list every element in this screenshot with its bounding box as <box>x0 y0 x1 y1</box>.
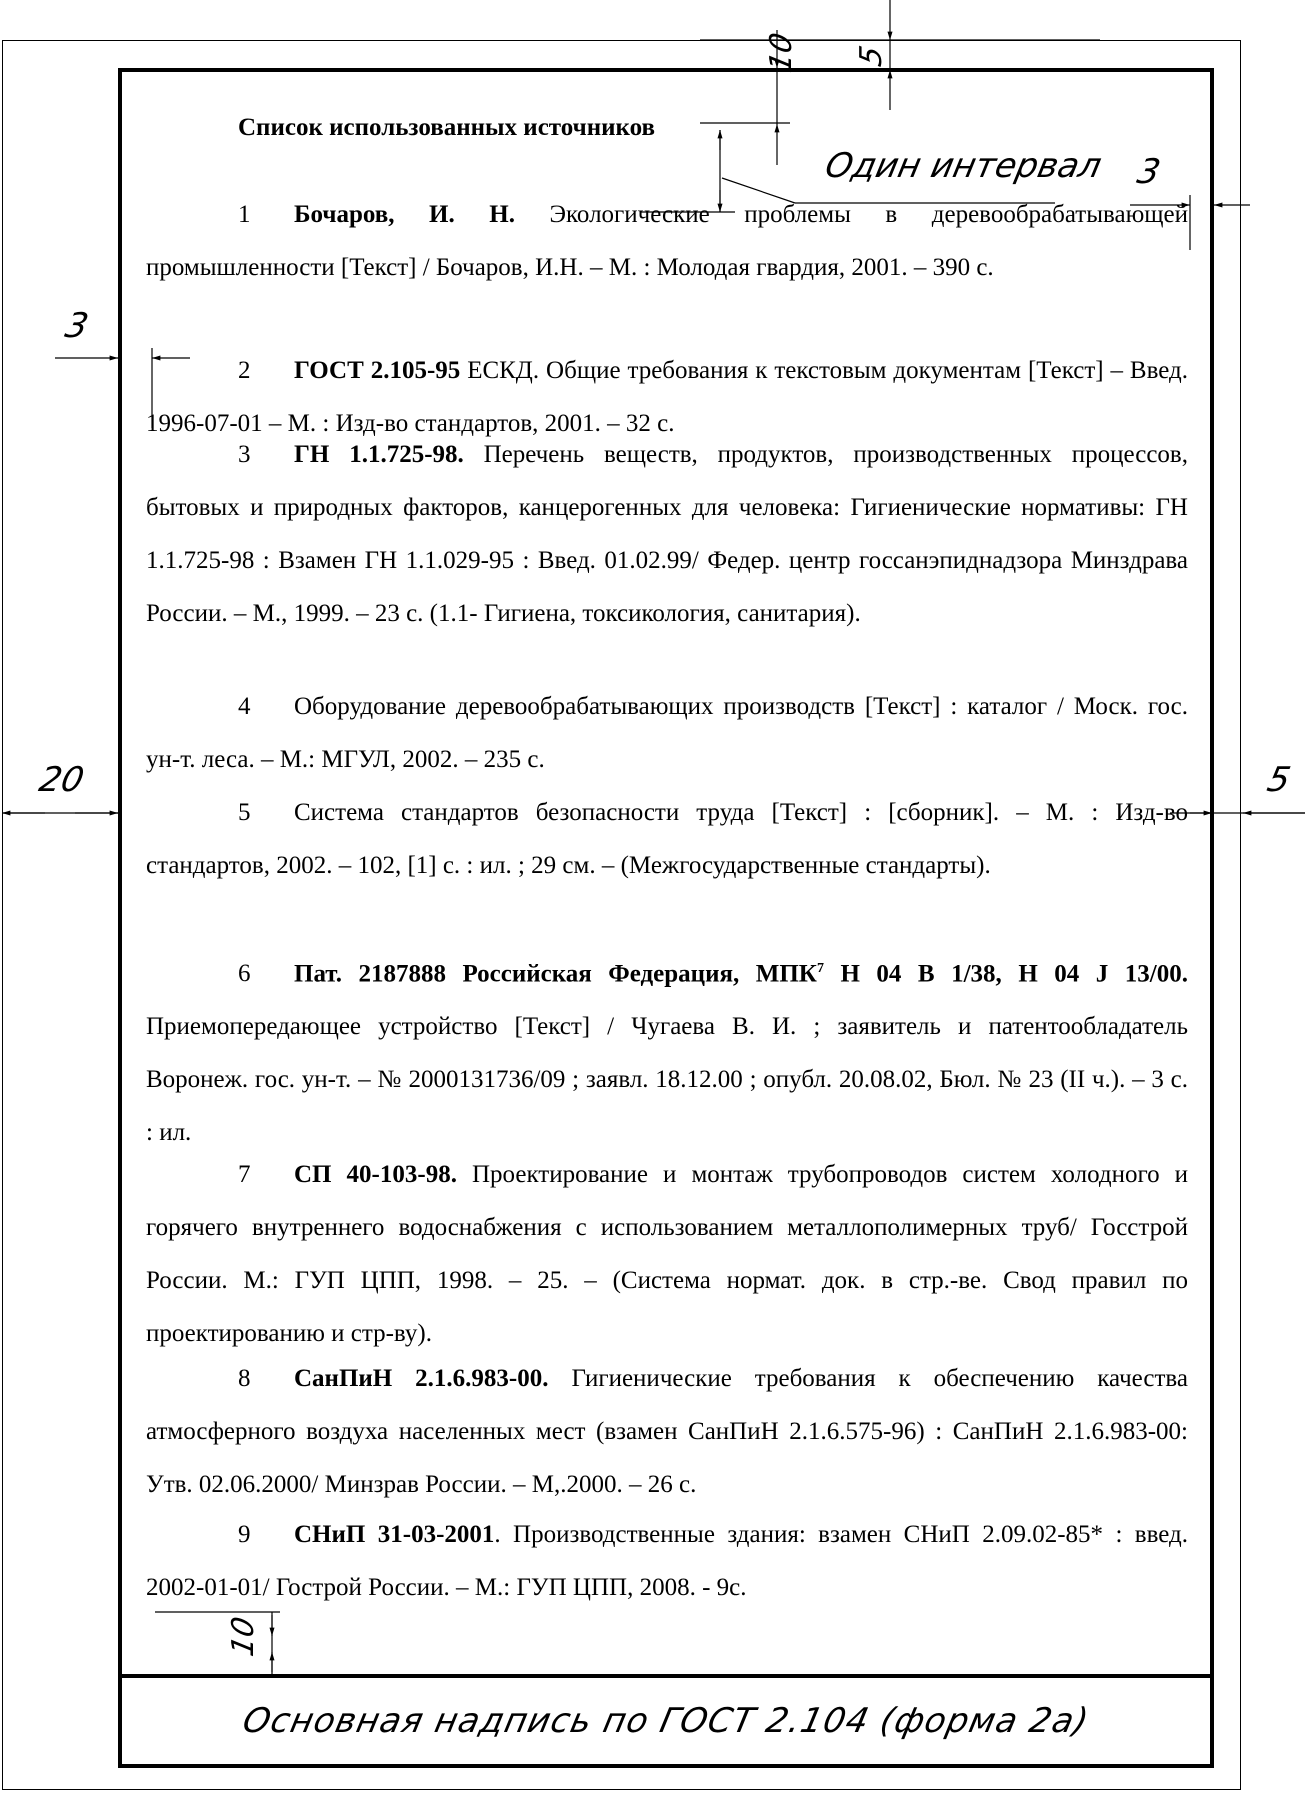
dimension-label-top-10: 10 <box>764 30 799 76</box>
dimension-label-bottom-10: 10 <box>226 1614 261 1660</box>
dimension-lines <box>0 0 1311 1803</box>
one-interval-label: Один интервал <box>822 146 1105 186</box>
dimension-label-left-20: 20 <box>36 760 88 800</box>
